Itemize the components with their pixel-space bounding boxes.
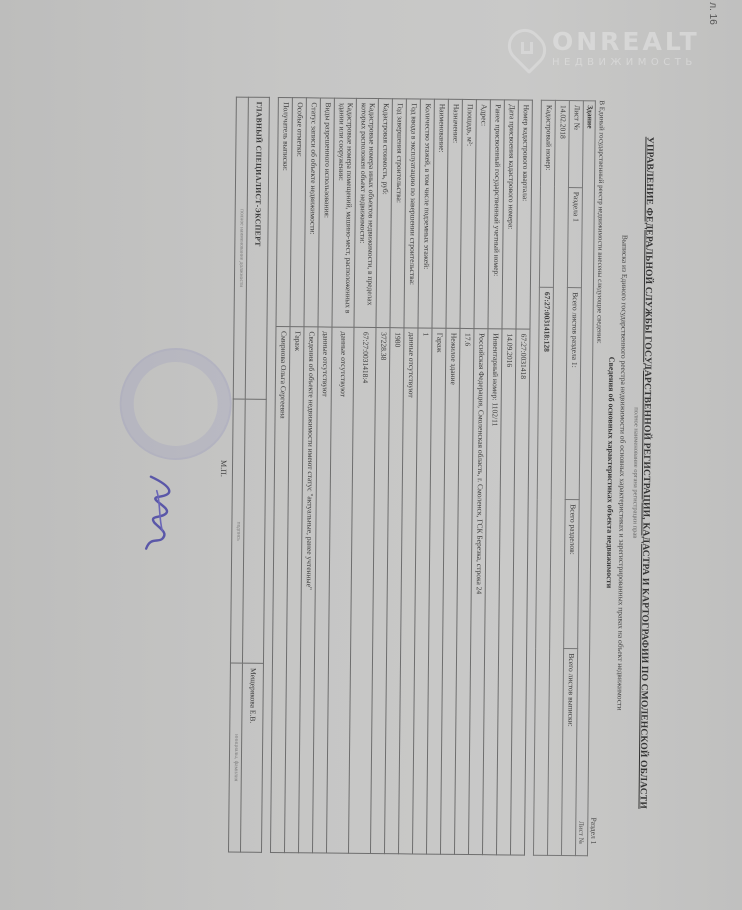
row-label: Кадастровые номера помещений, машино-мес…	[332, 98, 356, 327]
section-label: Раздел 1	[588, 817, 597, 844]
cadastral-number-label: Кадастровый номер:	[540, 100, 556, 287]
signature-table: ГЛАВНЫЙ СПЕЦИАЛИСТ-ЭКСПЕРТ Мещерякова Е.…	[228, 97, 270, 853]
row-label: Дата присвоения кадастрового номера:	[502, 100, 518, 329]
row-label: Наименование:	[432, 99, 448, 328]
row-label: Ранее присвоенный государственный учетны…	[488, 100, 504, 329]
row-label: Год ввода в эксплуатацию по завершении с…	[404, 99, 420, 328]
page-mark: л. 16	[707, 2, 718, 25]
signature-cell	[243, 399, 267, 663]
official-position: ГЛАВНЫЙ СПЕЦИАЛИСТ-ЭКСПЕРТ	[245, 97, 269, 399]
row-label: Статус записи об объекте недвижимости:	[304, 98, 320, 327]
total-sections-label: Всего разделов:	[564, 500, 580, 649]
document-header: УПРАВЛЕНИЕ ФЕДЕРАЛЬНОЙ СЛУЖБЫ ГОСУДАРСТВ…	[602, 82, 655, 862]
sheet-no-value: Раздела 1	[568, 187, 583, 288]
sheet-label: Лист №	[577, 821, 585, 844]
onrealt-watermark: ONREALT НЕДВИЖИМОСТЬ	[510, 22, 720, 74]
round-stamp	[119, 347, 232, 460]
total-sheets-label: Всего листов раздела 1:	[565, 288, 581, 500]
row-label: Получатель выписки:	[276, 98, 292, 327]
watermark-subtitle: НЕДВИЖИМОСТЬ	[552, 57, 700, 68]
row-label: Площадь, м²:	[460, 99, 476, 328]
characteristics-table: Номер кадастрового квартала:67:27:003141…	[270, 97, 533, 856]
egrn-extract-document: УПРАВЛЕНИЕ ФЕДЕРАЛЬНОЙ СЛУЖБЫ ГОСУДАРСТВ…	[87, 77, 655, 863]
row-label: Адрес:	[474, 100, 490, 329]
official-name: Мещерякова Е.В.	[241, 663, 264, 852]
meta-table: Лист № Раздела 1 Всего листов раздела 1:…	[533, 100, 584, 856]
total-sheets-extract-label: Всего листов выписки:	[562, 649, 578, 856]
row-label: Кадастровая стоимость, руб:	[376, 99, 392, 328]
signature-icon	[140, 473, 181, 553]
row-label: Особые отметки:	[290, 98, 306, 327]
row-label: Год завершения строительства:	[390, 99, 406, 328]
row-label: Виды разрешенного использования:	[318, 98, 334, 327]
row-label: Количество этажей, в том числе подземных…	[418, 99, 434, 328]
sheet-no-label: Лист №	[569, 101, 584, 188]
name-caption: инициалы, фамилия	[229, 663, 243, 852]
row-label: Назначение:	[446, 99, 462, 328]
row-label: Кадастровые номера иных объектов недвижи…	[354, 98, 378, 327]
watermark-brand: ONREALT	[552, 29, 700, 54]
row-label: Номер кадастрового квартала:	[516, 100, 532, 329]
